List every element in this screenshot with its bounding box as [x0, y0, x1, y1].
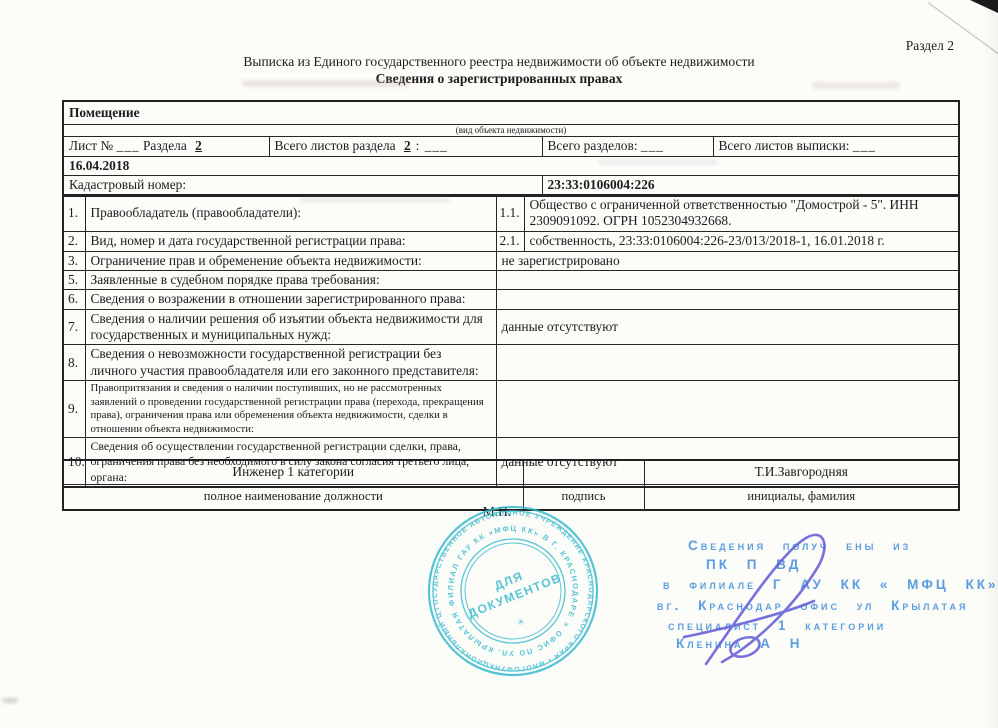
- row-value: данные отсутствуют: [496, 309, 959, 345]
- table-row: 1. Правообладатель (правообладатели): 1.…: [63, 195, 959, 231]
- row-label: Сведения о наличии решения об изъятии об…: [85, 309, 496, 345]
- extract-date: 16.04.2018: [63, 157, 959, 176]
- scan-smudge: [2, 698, 18, 703]
- round-stamp: ГОСУДАРСТВЕННОЕ АВТОНОМНОЕ УЧРЕЖДЕНИЕ КР…: [403, 481, 624, 702]
- total-sections-blank: ___: [641, 138, 664, 153]
- scan-smudge: [598, 159, 718, 165]
- total-sheets-cell: Всего листов раздела 2: ___: [269, 137, 542, 157]
- sheet-blank: ___: [117, 138, 140, 153]
- row-subnum: 1.1.: [496, 195, 524, 231]
- row-value: собственность, 23:33:0106004:226-23/013/…: [524, 231, 959, 251]
- row-label: Сведения о невозможности государственной…: [85, 345, 496, 381]
- row-num: 8.: [63, 345, 85, 381]
- total-sections-label: Всего разделов:: [548, 138, 638, 153]
- scanned-document-page: Раздел 2 Выписка из Единого государствен…: [0, 0, 998, 728]
- info-table: Помещение (вид объекта недвижимости) Лис…: [62, 100, 958, 197]
- total-extract-blank: ___: [853, 138, 876, 153]
- object-type: Помещение: [63, 101, 959, 125]
- sheet-number-cell: Лист № ___ Раздела 2: [63, 137, 269, 157]
- cadastral-label: Кадастровый номер:: [63, 176, 542, 196]
- table-row: 6. Сведения о возражении в отношении зар…: [63, 290, 959, 309]
- total-sections-cell: Всего разделов: ___: [542, 137, 713, 157]
- signer-name: Т.И.Завгородняя: [644, 460, 959, 485]
- caption-name: инициалы, фамилия: [644, 485, 959, 511]
- table-row: 8. Сведения о невозможности государствен…: [63, 345, 959, 381]
- row-label: Правопритязания и сведения о наличии пос…: [85, 381, 496, 438]
- row-value: [496, 345, 959, 381]
- row-value: [496, 271, 959, 290]
- note-line: ПК П ВД: [706, 557, 801, 572]
- row-label: Сведения о возражении в отношении зареги…: [85, 290, 496, 309]
- table-row: 5. Заявленные в судебном порядке права т…: [63, 271, 959, 290]
- sheet-num: 2: [190, 138, 207, 153]
- signature-cell: [523, 460, 644, 485]
- row-value: [496, 381, 959, 438]
- rights-table: 1. Правообладатель (правообладатели): 1.…: [62, 194, 958, 488]
- sheet-label: Лист №: [69, 138, 113, 153]
- table-row: 9. Правопритязания и сведения о наличии …: [63, 381, 959, 438]
- table-row: 2. Вид, номер и дата государственной рег…: [63, 231, 959, 251]
- scan-smudge: [812, 82, 900, 89]
- table-row: Инженер 1 категории Т.И.Завгородняя: [63, 460, 959, 485]
- note-line: Сведения получ ены из: [688, 538, 911, 553]
- row-label: Вид, номер и дата государственной регист…: [85, 231, 496, 251]
- sheet-label2: Раздела: [143, 138, 187, 153]
- stamp-asterisk: ✳: [516, 616, 526, 628]
- object-type-caption: (вид объекта недвижимости): [63, 125, 959, 137]
- total-extract-cell: Всего листов выписки: ___: [713, 137, 959, 157]
- table-row: 3. Ограничение прав и обременение объект…: [63, 251, 959, 270]
- row-num: 2.: [63, 231, 85, 251]
- row-value: Общество с ограниченной ответственностью…: [524, 195, 959, 231]
- note-line: Кленина А Н: [676, 636, 803, 651]
- total-sheets-num: 2: [399, 138, 416, 153]
- row-value: [496, 290, 959, 309]
- total-sheets-blank: : ___: [416, 138, 448, 153]
- row-label: Заявленные в судебном порядке права треб…: [85, 271, 496, 290]
- scan-edge-shadow: [982, 0, 998, 728]
- row-num: 9.: [63, 381, 85, 438]
- row-subnum: 2.1.: [496, 231, 524, 251]
- section-label: Раздел 2: [906, 38, 954, 54]
- row-num: 7.: [63, 309, 85, 345]
- signer-position: Инженер 1 категории: [63, 460, 523, 485]
- note-line: в филиале Г АУ КК « МФЦ КК»: [663, 577, 998, 592]
- document-title: Выписка из Единого государственного реес…: [0, 54, 998, 70]
- note-line: вг. Краснодар офис ул Крылатая: [657, 598, 968, 613]
- row-num: 3.: [63, 251, 85, 270]
- table-row: 7. Сведения о наличии решения об изъятии…: [63, 309, 959, 345]
- total-sheets-label: Всего листов раздела: [275, 138, 396, 153]
- row-num: 1.: [63, 195, 85, 231]
- cadastral-number: 23:33:0106004:226: [542, 176, 959, 196]
- row-num: 5.: [63, 271, 85, 290]
- scan-smudge: [300, 197, 450, 203]
- note-line: специалист 1 категории: [668, 618, 886, 633]
- row-label: Ограничение прав и обременение объекта н…: [85, 251, 496, 270]
- scan-smudge: [242, 80, 410, 87]
- row-value: не зарегистрировано: [496, 251, 959, 270]
- total-extract-label: Всего листов выписки:: [719, 138, 850, 153]
- row-num: 6.: [63, 290, 85, 309]
